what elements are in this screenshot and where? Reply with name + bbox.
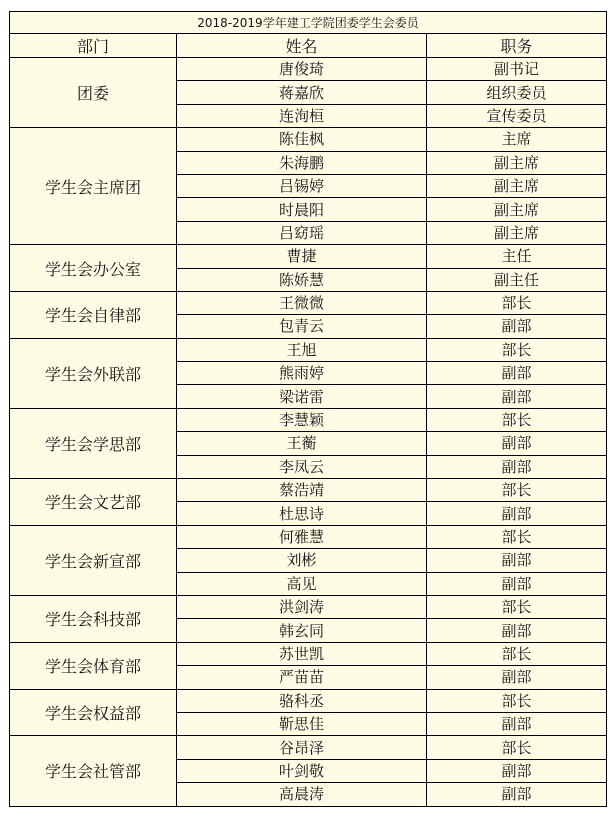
table-row: 团委唐俊琦副书记 — [10, 58, 607, 81]
member-position-cell: 部长 — [427, 689, 607, 712]
member-name-cell: 严苗苗 — [177, 666, 427, 689]
member-position-cell: 副部 — [427, 432, 607, 455]
member-position-cell: 部长 — [427, 291, 607, 314]
member-position-cell: 部长 — [427, 642, 607, 665]
department-cell: 团委 — [10, 58, 177, 128]
member-position-cell: 副部 — [427, 759, 607, 782]
member-name-cell: 高晨涛 — [177, 783, 427, 806]
table-row: 学生会文艺部蔡浩靖部长 — [10, 479, 607, 502]
member-name-cell: 吕锡婷 — [177, 174, 427, 197]
member-position-cell: 副书记 — [427, 58, 607, 81]
member-name-cell: 包青云 — [177, 315, 427, 338]
roster-body: 团委唐俊琦副书记蒋嘉欣组织委员连洵桓宣传委员学生会主席团陈佳枫主席朱海鹏副主席吕… — [10, 58, 607, 807]
member-position-cell: 副主席 — [427, 221, 607, 244]
table-title: 2018-2019学年建工学院团委学生会委员 — [10, 12, 607, 34]
table-row: 学生会体育部苏世凯部长 — [10, 642, 607, 665]
member-name-cell: 王旭 — [177, 338, 427, 361]
department-cell: 学生会外联部 — [10, 338, 177, 408]
member-position-cell: 副部 — [427, 315, 607, 338]
member-position-cell: 副部 — [427, 712, 607, 735]
table-row: 学生会科技部洪剑涛部长 — [10, 595, 607, 618]
header-row: 部门 姓名 职务 — [10, 34, 607, 58]
member-name-cell: 朱海鹏 — [177, 151, 427, 174]
department-cell: 学生会新宣部 — [10, 525, 177, 595]
header-department: 部门 — [10, 34, 177, 58]
member-name-cell: 蒋嘉欣 — [177, 81, 427, 104]
department-cell: 学生会科技部 — [10, 595, 177, 642]
department-cell: 学生会主席团 — [10, 128, 177, 245]
member-name-cell: 王蘅 — [177, 432, 427, 455]
member-name-cell: 唐俊琦 — [177, 58, 427, 81]
member-name-cell: 陈佳枫 — [177, 128, 427, 151]
member-position-cell: 副部 — [427, 362, 607, 385]
member-name-cell: 李慧颖 — [177, 408, 427, 431]
member-name-cell: 蔡浩靖 — [177, 479, 427, 502]
member-name-cell: 何雅慧 — [177, 525, 427, 548]
table-row: 学生会新宣部何雅慧部长 — [10, 525, 607, 548]
member-name-cell: 连洵桓 — [177, 104, 427, 127]
member-position-cell: 副部 — [427, 455, 607, 478]
member-name-cell: 王微微 — [177, 291, 427, 314]
member-name-cell: 洪剑涛 — [177, 595, 427, 618]
header-position: 职务 — [427, 34, 607, 58]
member-position-cell: 副部 — [427, 549, 607, 572]
member-name-cell: 靳思佳 — [177, 712, 427, 735]
table-row: 学生会主席团陈佳枫主席 — [10, 128, 607, 151]
member-name-cell: 熊雨婷 — [177, 362, 427, 385]
member-position-cell: 宣传委员 — [427, 104, 607, 127]
department-cell: 学生会权益部 — [10, 689, 177, 736]
member-name-cell: 吕窈瑶 — [177, 221, 427, 244]
department-cell: 学生会社管部 — [10, 736, 177, 806]
member-name-cell: 时晨阳 — [177, 198, 427, 221]
member-position-cell: 副部 — [427, 783, 607, 806]
member-position-cell: 副主席 — [427, 198, 607, 221]
member-position-cell: 副主席 — [427, 174, 607, 197]
member-name-cell: 杜思诗 — [177, 502, 427, 525]
member-position-cell: 部长 — [427, 338, 607, 361]
department-cell: 学生会办公室 — [10, 245, 177, 292]
member-name-cell: 曹捷 — [177, 245, 427, 268]
member-position-cell: 部长 — [427, 479, 607, 502]
department-cell: 学生会体育部 — [10, 642, 177, 689]
committee-roster-table: 2018-2019学年建工学院团委学生会委员 部门 姓名 职务 团委唐俊琦副书记… — [9, 11, 607, 807]
table-row: 学生会外联部王旭部长 — [10, 338, 607, 361]
member-position-cell: 副部 — [427, 619, 607, 642]
table-row: 学生会自律部王微微部长 — [10, 291, 607, 314]
member-position-cell: 副部 — [427, 572, 607, 595]
member-name-cell: 刘彬 — [177, 549, 427, 572]
member-position-cell: 部长 — [427, 736, 607, 759]
member-name-cell: 陈娇慧 — [177, 268, 427, 291]
member-position-cell: 副部 — [427, 502, 607, 525]
department-cell: 学生会文艺部 — [10, 479, 177, 526]
header-name: 姓名 — [177, 34, 427, 58]
member-name-cell: 叶剑敬 — [177, 759, 427, 782]
member-position-cell: 副部 — [427, 666, 607, 689]
member-position-cell: 副主任 — [427, 268, 607, 291]
table-row: 学生会权益部骆科丞部长 — [10, 689, 607, 712]
member-name-cell: 谷昂泽 — [177, 736, 427, 759]
department-cell: 学生会自律部 — [10, 291, 177, 338]
member-position-cell: 组织委员 — [427, 81, 607, 104]
member-name-cell: 韩玄同 — [177, 619, 427, 642]
table-row: 学生会学思部李慧颖部长 — [10, 408, 607, 431]
member-position-cell: 副主席 — [427, 151, 607, 174]
member-position-cell: 主席 — [427, 128, 607, 151]
member-position-cell: 部长 — [427, 408, 607, 431]
member-position-cell: 副部 — [427, 385, 607, 408]
member-name-cell: 梁诺雷 — [177, 385, 427, 408]
table-row: 学生会社管部谷昂泽部长 — [10, 736, 607, 759]
member-position-cell: 主任 — [427, 245, 607, 268]
member-name-cell: 骆科丞 — [177, 689, 427, 712]
member-position-cell: 部长 — [427, 525, 607, 548]
department-cell: 学生会学思部 — [10, 408, 177, 478]
member-name-cell: 苏世凯 — [177, 642, 427, 665]
title-row: 2018-2019学年建工学院团委学生会委员 — [10, 12, 607, 34]
member-name-cell: 高见 — [177, 572, 427, 595]
table-row: 学生会办公室曹捷主任 — [10, 245, 607, 268]
member-position-cell: 部长 — [427, 595, 607, 618]
member-name-cell: 李凤云 — [177, 455, 427, 478]
